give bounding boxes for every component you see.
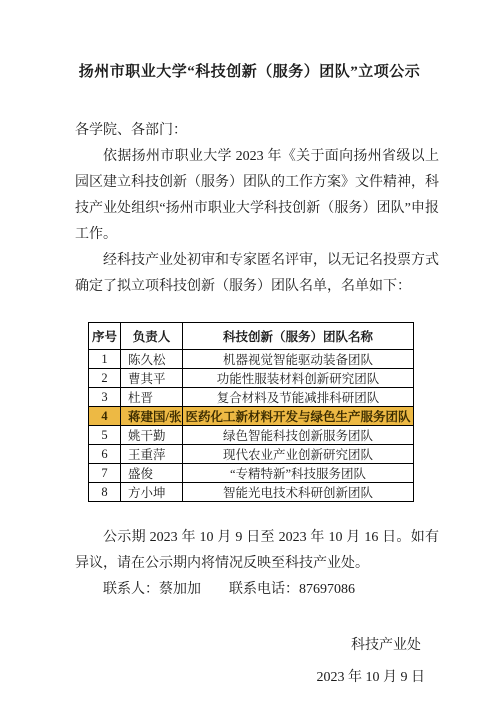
signature-block: 科技产业处 2023 年 10 月 9 日	[0, 633, 499, 691]
salutation: 各学院、各部门：	[75, 118, 439, 144]
cell-team: 功能性服装材料创新研究团队	[183, 369, 414, 388]
cell-no: 1	[89, 350, 121, 369]
header-no: 序号	[89, 323, 121, 350]
table-row: 2曹其平功能性服装材料创新研究团队	[89, 369, 414, 388]
team-table: 序号 负责人 科技创新（服务）团队名称 1陈久松机器视觉智能驱动装备团队2曹其平…	[88, 322, 414, 502]
signature-date: 2023 年 10 月 9 日	[0, 665, 499, 691]
contact-line: 联系人：蔡加加联系电话：87697086	[75, 577, 439, 603]
cell-no: 3	[89, 388, 121, 407]
header-row: 序号 负责人 科技创新（服务）团队名称	[89, 323, 414, 350]
cell-no: 2	[89, 369, 121, 388]
paragraph-publicity: 公示期 2023 年 10 月 9 日至 2023 年 10 月 16 日。如有…	[75, 525, 439, 577]
cell-leader: 方小坤	[121, 483, 183, 502]
paragraph-basis: 依据扬州市职业大学 2023 年《关于面向扬州省级以上园区建立科技创新（服务）团…	[75, 144, 439, 248]
header-leader: 负责人	[121, 323, 183, 350]
table-row: 8方小坤智能光电技术科研创新团队	[89, 483, 414, 502]
cell-leader: 盛俊	[121, 464, 183, 483]
cell-no: 6	[89, 445, 121, 464]
team-table-header: 序号 负责人 科技创新（服务）团队名称	[89, 323, 414, 350]
document-title: 扬州市职业大学“科技创新（服务）团队”立项公示	[0, 0, 499, 82]
header-team-name: 科技创新（服务）团队名称	[183, 323, 414, 350]
cell-leader: 曹其平	[121, 369, 183, 388]
contact-phone-label: 联系电话：	[229, 582, 299, 597]
cell-team: 智能光电技术科研创新团队	[183, 483, 414, 502]
team-table-body: 1陈久松机器视觉智能驱动装备团队2曹其平功能性服装材料创新研究团队3杜晋复合材料…	[89, 350, 414, 502]
table-row: 7盛俊“专精特新”科技服务团队	[89, 464, 414, 483]
cell-leader: 杜晋	[121, 388, 183, 407]
contact-person-label: 联系人：	[103, 582, 159, 597]
document-body: 各学院、各部门： 依据扬州市职业大学 2023 年《关于面向扬州省级以上园区建立…	[75, 118, 439, 300]
signature-department: 科技产业处	[0, 633, 499, 659]
table-row: 5姚干勤绿色智能科技创新服务团队	[89, 426, 414, 445]
contact-phone-number: 87697086	[299, 582, 355, 597]
cell-leader: 陈久松	[121, 350, 183, 369]
cell-team: “专精特新”科技服务团队	[183, 464, 414, 483]
cell-team: 医药化工新材料开发与绿色生产服务团队	[183, 407, 414, 426]
table-row: 3杜晋复合材料及节能减排科研团队	[89, 388, 414, 407]
paragraph-review: 经科技产业处初审和专家匿名评审，以无记名投票方式确定了拟立项科技创新（服务）团队…	[75, 248, 439, 300]
cell-no: 5	[89, 426, 121, 445]
cell-no: 8	[89, 483, 121, 502]
cell-leader: 王重萍	[121, 445, 183, 464]
cell-leader: 蒋建国/张睿	[121, 407, 183, 426]
cell-team: 现代农业产业创新研究团队	[183, 445, 414, 464]
cell-team: 机器视觉智能驱动装备团队	[183, 350, 414, 369]
cell-leader: 姚干勤	[121, 426, 183, 445]
cell-no: 7	[89, 464, 121, 483]
document-page: 扬州市职业大学“科技创新（服务）团队”立项公示 各学院、各部门： 依据扬州市职业…	[0, 0, 499, 707]
cell-team: 绿色智能科技创新服务团队	[183, 426, 414, 445]
table-row: 1陈久松机器视觉智能驱动装备团队	[89, 350, 414, 369]
table-row: 6王重萍现代农业产业创新研究团队	[89, 445, 414, 464]
cell-team: 复合材料及节能减排科研团队	[183, 388, 414, 407]
table-row: 4蒋建国/张睿医药化工新材料开发与绿色生产服务团队	[89, 407, 414, 426]
cell-no: 4	[89, 407, 121, 426]
document-body-lower: 公示期 2023 年 10 月 9 日至 2023 年 10 月 16 日。如有…	[75, 525, 439, 603]
contact-person-name: 蔡加加	[159, 582, 201, 597]
